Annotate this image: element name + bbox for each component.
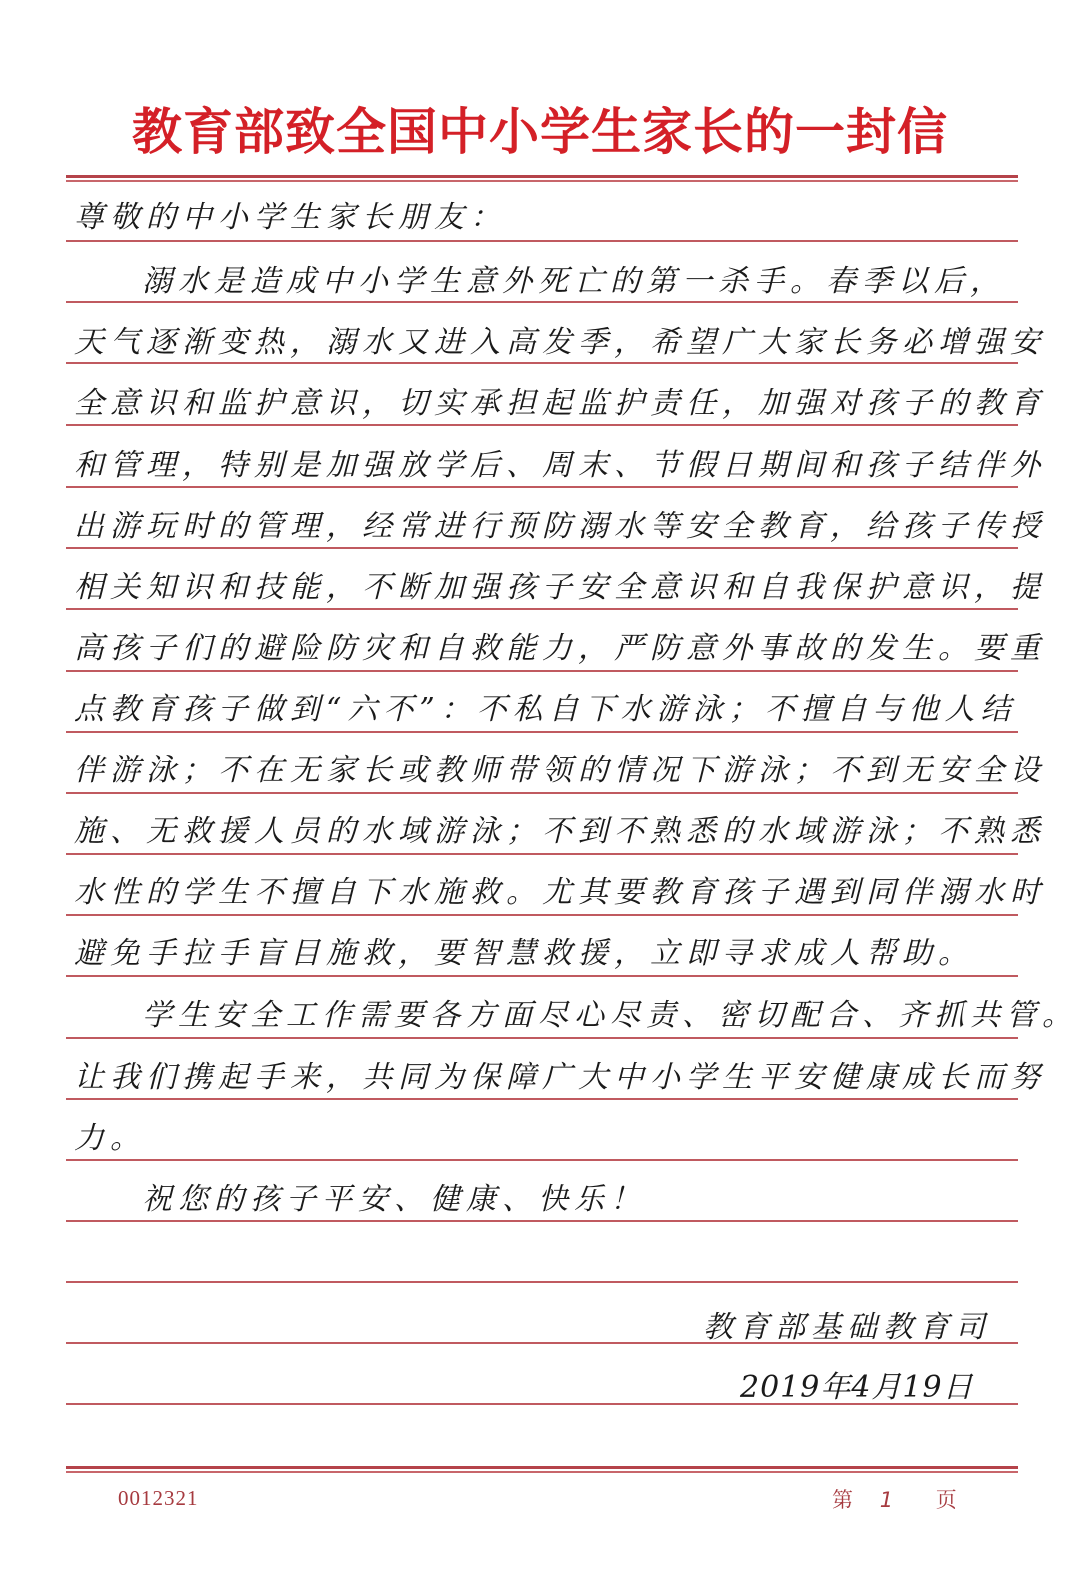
- ruled-line: [66, 362, 1018, 364]
- ruled-line: [66, 731, 1018, 733]
- body-line: 避免手拉手盲目施救，要智慧救援，立即寻求成人帮助。: [74, 934, 1014, 974]
- ruled-line: [66, 670, 1018, 672]
- ruled-line: [66, 1281, 1018, 1283]
- ruled-line: [66, 301, 1018, 303]
- body-line: 点教育孩子做到“六不”：不私自下水游泳；不擅自与他人结: [74, 690, 1014, 730]
- body-line: 高孩子们的避险防灾和自救能力，严防意外事故的发生。要重: [74, 629, 1014, 669]
- signature-date: 2019年4月19日: [740, 1362, 974, 1406]
- ruled-line: [66, 424, 1018, 426]
- ruled-line: [66, 1159, 1018, 1161]
- ruled-line: [66, 1403, 1018, 1405]
- ruled-line: [66, 853, 1018, 855]
- page-indicator: 第 1 页: [832, 1484, 957, 1514]
- body-line: 天气逐渐变热，溺水又进入高发季，希望广大家长务必增强安: [74, 323, 1014, 363]
- body-line: 伴游泳；不在无家长或教师带领的情况下游泳；不到无安全设: [74, 751, 1014, 791]
- page-suffix: 页: [936, 1484, 957, 1514]
- ruled-line: [66, 240, 1018, 242]
- body-line: 力。: [74, 1119, 1014, 1159]
- body-line: 出游玩时的管理，经常进行预防溺水等安全教育，给孩子传授: [74, 507, 1014, 547]
- body-line: 让我们携起手来，共同为保障广大中小学生平安健康成长而努: [74, 1058, 1014, 1098]
- body-line: 全意识和监护意识，切实承担起监护责任，加强对孩子的教育: [74, 384, 1014, 424]
- closing-line: 祝您的孩子平安、健康、快乐！: [74, 1180, 1014, 1220]
- ruled-line: [66, 608, 1018, 610]
- ruled-line: [66, 792, 1018, 794]
- signature-organization: 教育部基础教育司: [703, 1302, 991, 1346]
- body-line: 相关知识和技能，不断加强孩子安全意识和自我保护意识，提: [74, 568, 1014, 608]
- body-line: 溺水是造成中小学生意外死亡的第一杀手。春季以后，: [74, 262, 1014, 302]
- serial-number: 0012321: [118, 1486, 199, 1511]
- ruled-line: [66, 1037, 1018, 1039]
- body-line: 学生安全工作需要各方面尽心尽责、密切配合、齐抓共管。: [74, 996, 1014, 1036]
- page-number: 1: [880, 1488, 893, 1512]
- page-prefix: 第: [832, 1484, 853, 1514]
- letter-title: 教育部致全国中小学生家长的一封信: [0, 92, 1080, 164]
- ruled-line: [66, 1220, 1018, 1222]
- ruled-line: [66, 975, 1018, 977]
- header-double-rule: [66, 175, 1018, 182]
- ruled-line: [66, 1342, 1018, 1344]
- ruled-line: [66, 1098, 1018, 1100]
- footer-double-rule: [66, 1466, 1018, 1473]
- ruled-line: [66, 914, 1018, 916]
- salutation: 尊敬的中小学生家长朋友：: [74, 198, 1014, 238]
- body-line: 施、无救援人员的水域游泳；不到不熟悉的水域游泳；不熟悉: [74, 812, 1014, 852]
- ruled-line: [66, 486, 1018, 488]
- ruled-line: [66, 547, 1018, 549]
- body-line: 水性的学生不擅自下水施救。尤其要教育孩子遇到同伴溺水时: [74, 873, 1014, 913]
- body-line: 和管理，特别是加强放学后、周末、节假日期间和孩子结伴外: [74, 446, 1014, 486]
